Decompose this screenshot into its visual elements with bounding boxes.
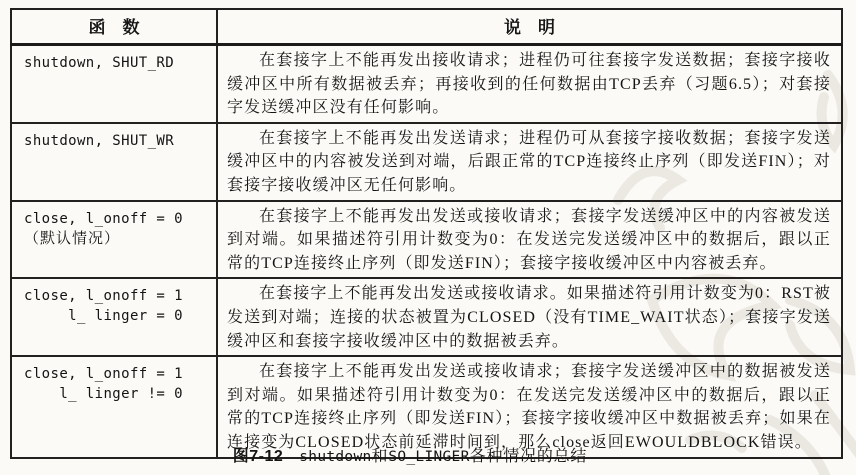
table-row: shutdown, SHUT_RD 在套接字上不能再发出接收请求；进程仍可往套接…	[11, 45, 842, 123]
description-cell: 在套接字上不能再发出发送请求；进程仍可从套接字接收数据；套接字发送缓冲区中的内容…	[217, 123, 842, 201]
function-code: close, l_onoff = 1	[24, 364, 212, 384]
function-cell: shutdown, SHUT_WR	[11, 123, 217, 201]
description-cell: 在套接字上不能再发出接收请求；进程仍可往套接字发送数据；套接字接收缓冲区中所有数…	[217, 45, 842, 123]
function-code: shutdown, SHUT_WR	[24, 131, 212, 151]
column-header-function: 函 数	[11, 9, 217, 45]
function-code: l_ linger = 0	[24, 306, 212, 326]
function-code: close, l_onoff = 0	[24, 209, 212, 229]
function-cell: close, l_onoff = 0 （默认情况）	[11, 201, 217, 279]
function-cell: close, l_onoff = 1 l_ linger = 0	[11, 278, 217, 356]
header-row: 函 数 说 明	[11, 9, 842, 45]
figure-number: 图7-12	[233, 448, 284, 465]
function-code: l_ linger != 0	[24, 384, 212, 404]
table-row: close, l_onoff = 1 l_ linger = 0 在套接字上不能…	[11, 278, 842, 356]
function-code: shutdown, SHUT_RD	[24, 53, 212, 73]
description-cell: 在套接字上不能再发出发送或接收请求。如果描述符引用计数变为0：RST被发送到对端…	[217, 278, 842, 356]
table-row: close, l_onoff = 0 （默认情况） 在套接字上不能再发出发送或接…	[11, 201, 842, 279]
function-note: （默认情况）	[24, 229, 212, 249]
column-header-description: 说 明	[217, 9, 842, 45]
function-code: close, l_onoff = 1	[24, 286, 212, 306]
function-cell: shutdown, SHUT_RD	[11, 45, 217, 123]
caption-code: SO_LINGER	[388, 449, 469, 465]
description-cell: 在套接字上不能再发出发送或接收请求；套接字发送缓冲区中的内容被发送到对端。如果描…	[217, 201, 842, 279]
figure-caption: 图7-12shutdown和SO_LINGER各种情况的总结	[0, 443, 820, 466]
shutdown-so-linger-table: 函 数 说 明 shutdown, SHUT_RD 在套接字上不能再发出接收请求…	[10, 8, 843, 459]
caption-text: 各种情况的总结	[470, 448, 588, 465]
caption-text: 和	[372, 448, 389, 465]
table-row: shutdown, SHUT_WR 在套接字上不能再发出发送请求；进程仍可从套接…	[11, 123, 842, 201]
caption-code: shutdown	[299, 449, 371, 465]
